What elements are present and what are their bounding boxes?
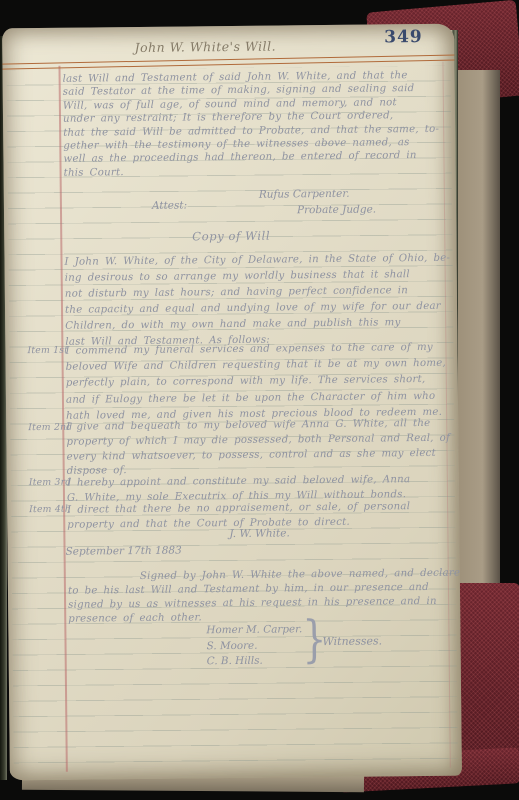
judge-title: Probate Judge. — [297, 203, 376, 216]
probate-order-paragraph: last Will and Testament of said John W. … — [63, 69, 440, 180]
witnesses-label: Witnesses. — [322, 634, 382, 648]
item-2-text: I give and bequeath to my beloved wife A… — [66, 417, 450, 480]
item-3-label: Item 3rd — [29, 477, 67, 488]
item-4-label: Item 4th — [29, 504, 67, 515]
page-title: John W. White's Will. — [107, 38, 303, 55]
item-1-label: Item 1st — [27, 345, 65, 356]
attestation-clause: Signed by John W. White the above named,… — [68, 567, 462, 628]
ledger-page: 349 John W. White's Will. last Will and … — [2, 24, 462, 781]
will-intro-paragraph: I John W. White, of the City of Delaware… — [64, 251, 451, 350]
copy-of-will-heading: Copy of Will — [192, 229, 270, 244]
testator-signature: J. W. White. — [229, 527, 290, 540]
will-date: September 17th 1883 — [65, 545, 181, 558]
witness-signatures: Homer M. Carper.S. Moore.C. B. Hills. — [206, 622, 302, 670]
book-spine-cloth — [456, 70, 500, 615]
judge-signature: Rufus Carpenter. — [259, 188, 350, 201]
page-number: 349 — [384, 27, 423, 47]
item-1-text: I commend my funeral services and expens… — [65, 340, 446, 425]
header-double-rule — [2, 54, 460, 69]
attest-label: Attest: — [152, 199, 187, 211]
item-2-label: Item 2nd — [28, 422, 66, 433]
